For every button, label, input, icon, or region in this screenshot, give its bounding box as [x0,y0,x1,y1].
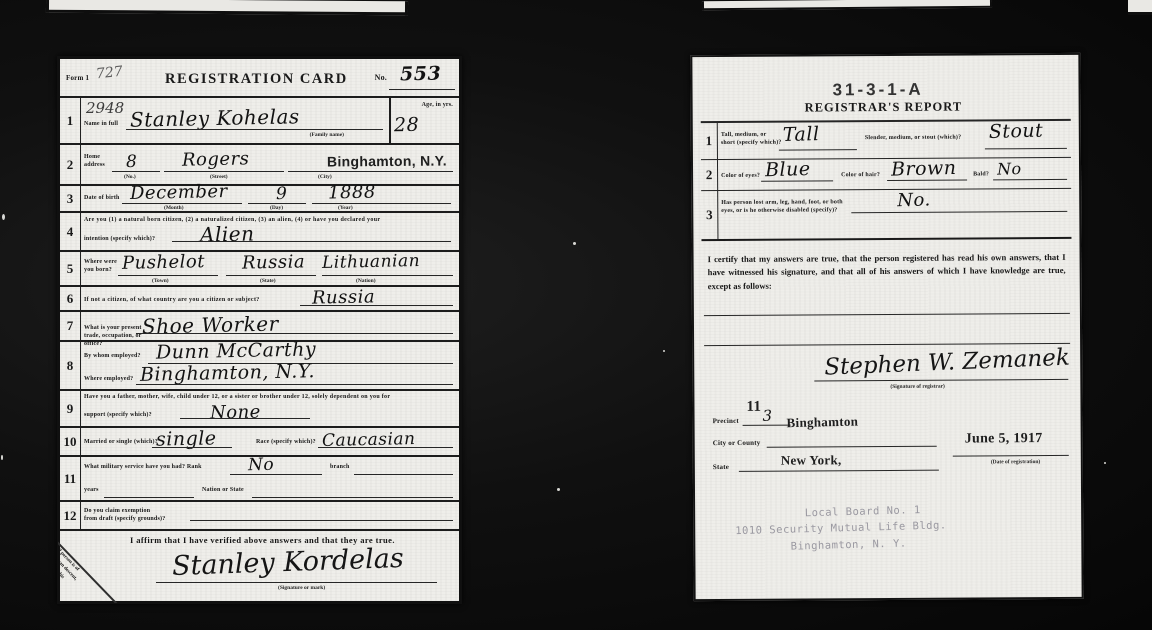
home-address-label: Home [84,153,100,161]
serial-no-label: No. [375,73,387,84]
address-street-value: Rogers [182,148,250,170]
build-value: Stout [989,119,1044,142]
birthplace-label2: you born? [84,266,112,274]
row-number: 3 [60,186,81,211]
military-nation-label: Nation or State [202,486,244,494]
card-title: REGISTRATION CARD [165,71,348,88]
row-occupation: 7 What is your present trade, occupation… [60,312,459,342]
row-number: 1 [701,123,718,159]
row-number: 9 [60,391,81,426]
hair-label: Color of hair? [841,171,880,179]
row-citizen-of: 6 If not a citizen, of what country are … [60,287,459,312]
military-years-label: years [84,486,99,494]
registrar-signature-sublabel: (Signature of registrar) [890,384,945,390]
registration-card: Form 1 727 REGISTRATION CARD No. 553 1 2… [57,56,462,604]
city-state-stamp: Binghamton, N.Y. [327,152,447,169]
serial-pencil: 2948 [86,99,124,117]
birthplace-state: Russia [242,251,306,273]
eyes-label: Color of eyes? [721,172,760,180]
local-board-stamp: Local Board No. 1 1010 Security Mutual L… [735,501,948,555]
row-number: 2 [701,160,718,190]
adjacent-card-fragment-right [702,0,992,10]
registrant-signature: Stanley Kordelas [172,543,405,582]
row-number: 5 [60,252,81,285]
precinct-label: Precinct [713,417,739,427]
precinct-handwritten: 3 [762,407,773,425]
row-name: 1 2948 Name in full Stanley Kohelas (Fam… [60,98,459,145]
address-no-value: 8 [126,152,138,172]
report-row-disability: 3 Has person lost arm, leg, hand, foot, … [701,189,1071,241]
row-number: 4 [60,213,81,250]
dust-speck [1104,462,1106,464]
dob-day-sublabel: (Day) [270,205,283,211]
row-dependents: 9 Have you a father, mother, wife, child… [60,391,459,428]
tear-off-corner: If person is of African descent, tear of… [58,521,136,603]
disability-label2: eyes, or is he otherwise disabled (speci… [721,206,837,215]
signature-sublabel: (Signature or mark) [278,585,325,591]
affirmation-signature-area: I affirm that I have verified above answ… [60,531,459,601]
bald-value: No [997,159,1022,179]
dust-speck [663,350,665,352]
registration-card-header: Form 1 727 REGISTRATION CARD No. 553 [60,59,459,98]
employed-where-value: Binghamton, N.Y. [140,360,315,386]
row-date-of-birth: 3 Date of birth December (Month) 9 (Day)… [60,186,459,213]
city-value-stamp: Binghamton [786,414,858,432]
dust-speck [1,455,3,460]
occupation-value: Shoe Worker [142,312,279,339]
report-row-eyes-hair: 2 Color of eyes? Blue Color of hair? Bro… [701,158,1071,191]
row-employer: 8 By whom employed? Dunn McCarthy Where … [60,342,459,391]
citizen-of-label: If not a citizen, of what country are yo… [84,296,260,304]
row-number: 2 [60,145,81,184]
city-label: City or County [713,439,761,449]
certification-text: I certify that my answers are true, that… [708,251,1066,293]
dust-speck [573,242,576,245]
hair-value: Brown [891,157,957,181]
dependents-label1: Have you a father, mother, wife, child u… [84,393,390,401]
age-value: 28 [394,114,420,137]
report-row-build: 1 Tall, medium, or short (specify which)… [701,121,1071,160]
age-label: Age, in yrs. [422,101,453,109]
form-number-pencil: 727 [95,64,123,83]
row-number: 8 [60,342,81,389]
row-number: 3 [701,191,718,239]
address-city-sublabel: (City) [318,174,332,180]
report-title: REGISTRAR'S REPORT [805,100,963,116]
row-military-service: 11 What military service have you had? R… [60,457,459,502]
date-sublabel: (Date of registration) [991,459,1040,465]
registrar-signature: Stephen W. Zemanek [824,345,1070,381]
adjacent-card-fragment-corner [1128,0,1152,15]
dependents-label2: support (specify which)? [84,411,152,419]
form-label: Form 1 [66,74,89,83]
birthplace-town: Pushelot [122,251,205,274]
dob-month: December [130,181,228,204]
row-number: 1 [60,98,81,143]
name-label: Name in full [84,120,118,128]
dependents-value: None [210,401,261,423]
height-value: Tall [783,123,820,146]
birthplace-nation-sublabel: (Nation) [356,278,376,284]
dust-speck [557,488,560,491]
address-no-sublabel: (No.) [124,174,136,180]
height-label2: short (specify which)? [721,139,782,147]
row-citizenship: 4 Are you (1) a natural born citizen, (2… [60,213,459,252]
eyes-value: Blue [765,158,811,181]
row-birthplace: 5 Where were you born? Pushelot (Town) R… [60,252,459,287]
dob-year: 1888 [328,182,376,204]
precinct-stamp: 11 [746,399,761,416]
serial-no-value: 553 [400,63,442,86]
dob-day: 9 [276,184,288,204]
military-rank-value: No [248,455,275,476]
registrars-report-card: 31-3-1-A REGISTRAR'S REPORT 1 Tall, medi… [690,53,1083,601]
citizenship-value: Alien [200,221,255,246]
home-address-label2: address [84,161,105,169]
birthplace-label1: Where were [84,258,117,266]
dob-label: Date of birth [84,194,120,202]
row-home-address: 2 Home address 8 (No.) Rogers (Street) B… [60,145,459,186]
row-number: 6 [60,287,81,310]
married-label: Married or single (which)? [84,438,158,446]
race-label: Race (specify which)? [256,438,316,446]
employer-label: By whom employed? [84,352,141,360]
blank-line-1 [704,313,1070,316]
state-label: State [713,463,729,473]
military-label: What military service have you had? Rank [84,463,202,471]
birthplace-town-sublabel: (Town) [152,278,169,284]
birthplace-nation: Lithuanian [322,251,420,273]
birthplace-state-sublabel: (State) [260,278,276,284]
adjacent-card-fragment-left [46,0,408,15]
dob-year-sublabel: (Year) [338,205,353,211]
row-number: 7 [60,312,81,340]
row-number: 10 [60,428,81,455]
military-branch-label: branch [330,463,350,471]
row-married-race: 10 Married or single (which)? single Rac… [60,428,459,457]
build-label: Slender, medium, or stout (which)? [865,134,962,143]
name-value: Stanley Kohelas [130,104,300,132]
disability-value: No. [897,189,931,211]
dust-speck [2,214,5,220]
family-name-sublabel: (Family name) [310,132,344,138]
employed-where-label: Where employed? [84,375,133,383]
state-value-stamp: New York, [781,452,842,468]
row-number: 11 [60,457,81,500]
date-stamp: June 5, 1917 [965,431,1043,447]
citizenship-label-line2: intention (specify which)? [84,235,155,243]
dob-month-sublabel: (Month) [164,205,184,211]
board-code-stamp: 31-3-1-A [832,80,923,101]
scanned-draft-card-page: { "left": { "form_label": "Form 1", "for… [0,0,1152,630]
address-street-sublabel: (Street) [210,174,228,180]
bald-label: Bald? [973,170,989,178]
blank-line-2 [704,343,1070,346]
exemption-label1: Do you claim exemption [84,507,150,515]
